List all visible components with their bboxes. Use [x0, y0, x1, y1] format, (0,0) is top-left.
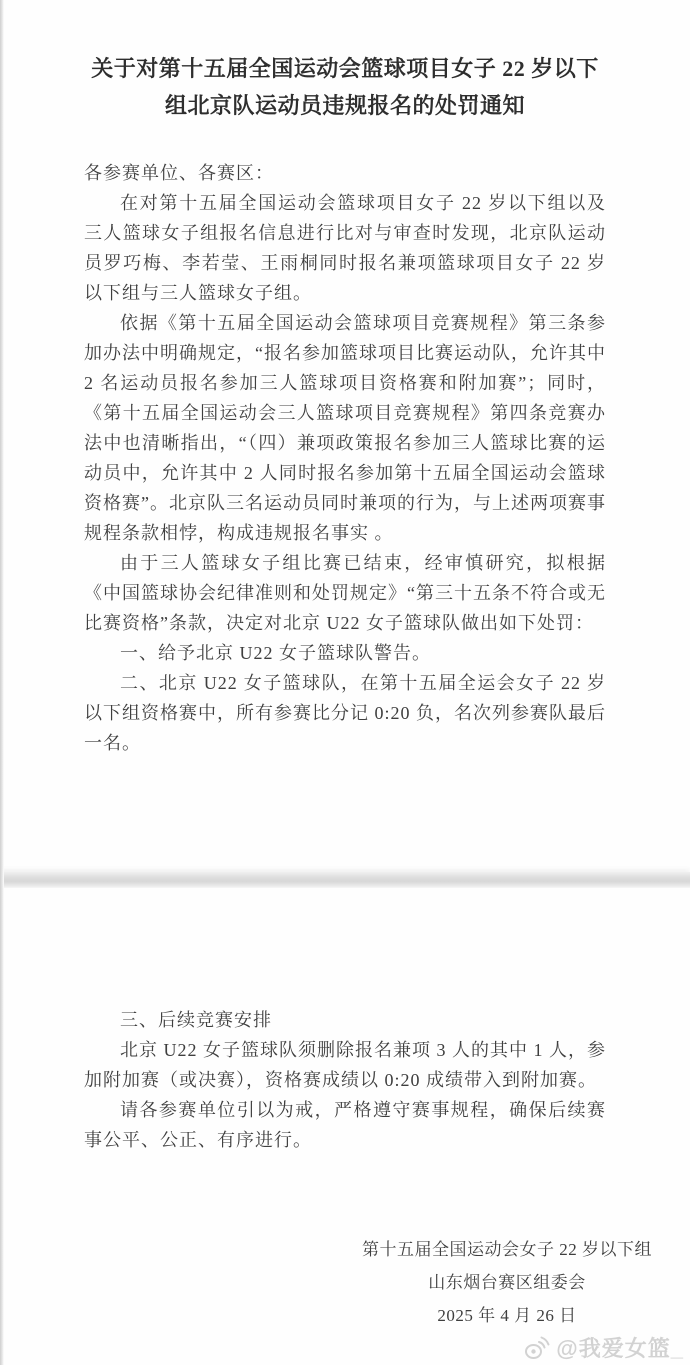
- paragraph-regulations: 依据《第十五届全国运动会篮球项目竞赛规程》第三条参加办法中明确规定，“报名参加篮…: [84, 308, 606, 548]
- scan-left-edge: [0, 0, 4, 1365]
- penalty-item-1: 一、给予北京 U22 女子篮球队警告。: [84, 638, 606, 668]
- signature-organizer: 第十五届全国运动会女子 22 岁以下组: [332, 1233, 682, 1266]
- page-separator: [0, 872, 690, 888]
- watermark: @我爱女篮_: [523, 1332, 684, 1363]
- notice-page-2: 三、后续竞赛安排 北京 U22 女子篮球队须删除报名兼项 3 人的其中 1 人，…: [0, 888, 690, 1365]
- notice-title: 关于对第十五届全国运动会篮球项目女子 22 岁以下组北京队运动员违规报名的处罚通…: [84, 50, 606, 124]
- section-heading-followup: 三、后续竞赛安排: [84, 1005, 606, 1035]
- signature-committee: 山东烟台赛区组委会: [332, 1266, 682, 1299]
- paragraph-findings: 在对第十五届全国运动会篮球项目女子 22 岁以下组以及三人篮球女子组报名信息进行…: [84, 188, 606, 308]
- signature-block: 第十五届全国运动会女子 22 岁以下组 山东烟台赛区组委会 2025 年 4 月…: [332, 1233, 682, 1332]
- scanned-notice: 关于对第十五届全国运动会篮球项目女子 22 岁以下组北京队运动员违规报名的处罚通…: [0, 0, 690, 1365]
- paragraph-followup-arrangement: 北京 U22 女子篮球队须删除报名兼项 3 人的其中 1 人，参加附加赛（或决赛…: [84, 1035, 606, 1095]
- penalty-item-2: 二、北京 U22 女子篮球队，在第十五届全运会女子 22 岁以下组资格赛中，所有…: [84, 668, 606, 758]
- salutation: 各参赛单位、各赛区：: [84, 158, 606, 188]
- signature-date: 2025 年 4 月 26 日: [332, 1299, 682, 1332]
- paragraph-decision: 由于三人篮球女子组比赛已结束，经审慎研究，拟根据《中国篮球协会纪律准则和处罚规定…: [84, 548, 606, 638]
- notice-page-1: 关于对第十五届全国运动会篮球项目女子 22 岁以下组北京队运动员违规报名的处罚通…: [0, 0, 690, 872]
- watermark-handle: @我爱女篮_: [556, 1332, 684, 1363]
- paragraph-admonition: 请各参赛单位引以为戒，严格遵守赛事规程，确保后续赛事公平、公正、有序进行。: [84, 1095, 606, 1155]
- weibo-icon: [523, 1335, 551, 1361]
